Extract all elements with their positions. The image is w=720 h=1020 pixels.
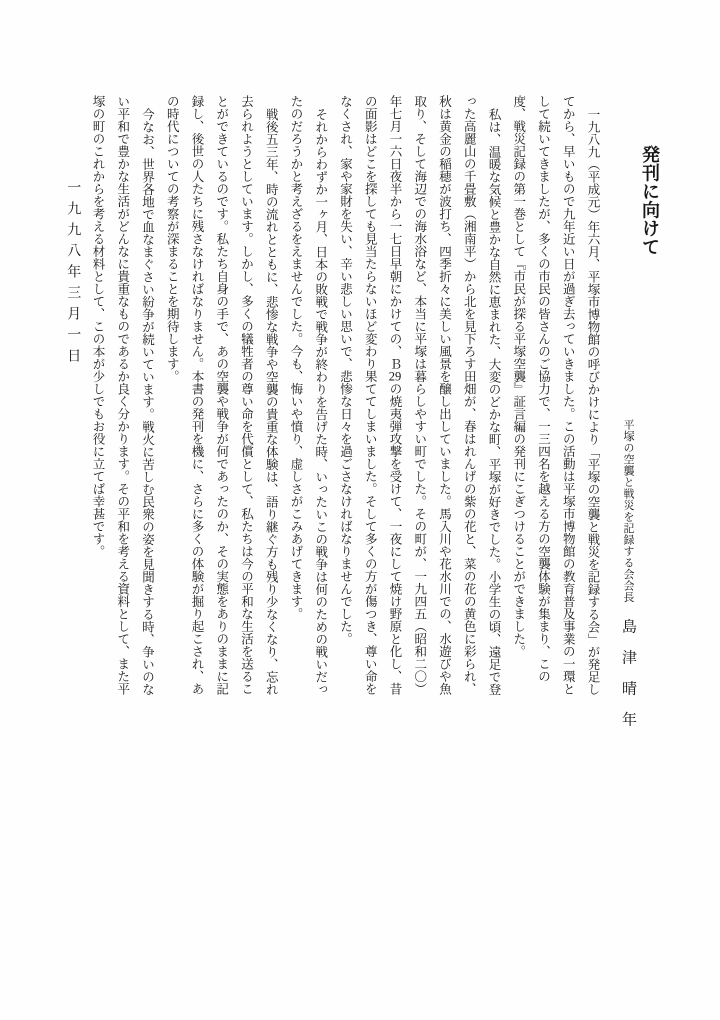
paragraph: 今なお、世界各地で血なまぐさい紛争が続いています。戦火に苦しむ民衆の姿を見聞きす… [85, 95, 159, 707]
author-name: 島 津 晴 年 [620, 603, 636, 727]
vertical-text-block: 発刊に向けて 平塚の空襲と戦災を記録する会会長 島 津 晴 年 一九八九（平成元… [59, 95, 662, 707]
paragraph: それからわずか一ヶ月、日本の敗戦で戦争が終わりを告げた時、いったいこの戦争は何の… [283, 95, 333, 707]
paragraph: 私は、温暖な気候と豊かな自然に恵まれた、大変のどかな町、平塚が好きでした。小学生… [333, 95, 506, 707]
document-page: 発刊に向けて 平塚の空襲と戦災を記録する会会長 島 津 晴 年 一九八九（平成元… [0, 0, 720, 1020]
author-role: 平塚の空襲と戦災を記録する会会長 [622, 419, 634, 603]
paragraph: 一九八九（平成元）年六月、平塚市博物館の呼びかけにより「平塚の空襲と戦災を記録す… [506, 95, 605, 707]
author-line: 平塚の空襲と戦災を記録する会会長 島 津 晴 年 [618, 95, 638, 707]
page-title: 発刊に向けて [638, 95, 662, 707]
tate-chu-yoko-digits: 29 [388, 370, 402, 383]
paragraph: 戦後五三年、時の流れとともに、悲惨な戦争や空襲の貴重な体験は、語り継ぐ方も残り少… [160, 95, 284, 707]
date-line: 一九九八年三月一日 [59, 95, 85, 707]
body-text: 一九八九（平成元）年六月、平塚市博物館の呼びかけにより「平塚の空襲と戦災を記録す… [85, 95, 605, 707]
author-name-text: 島 津 晴 年 [620, 619, 636, 728]
